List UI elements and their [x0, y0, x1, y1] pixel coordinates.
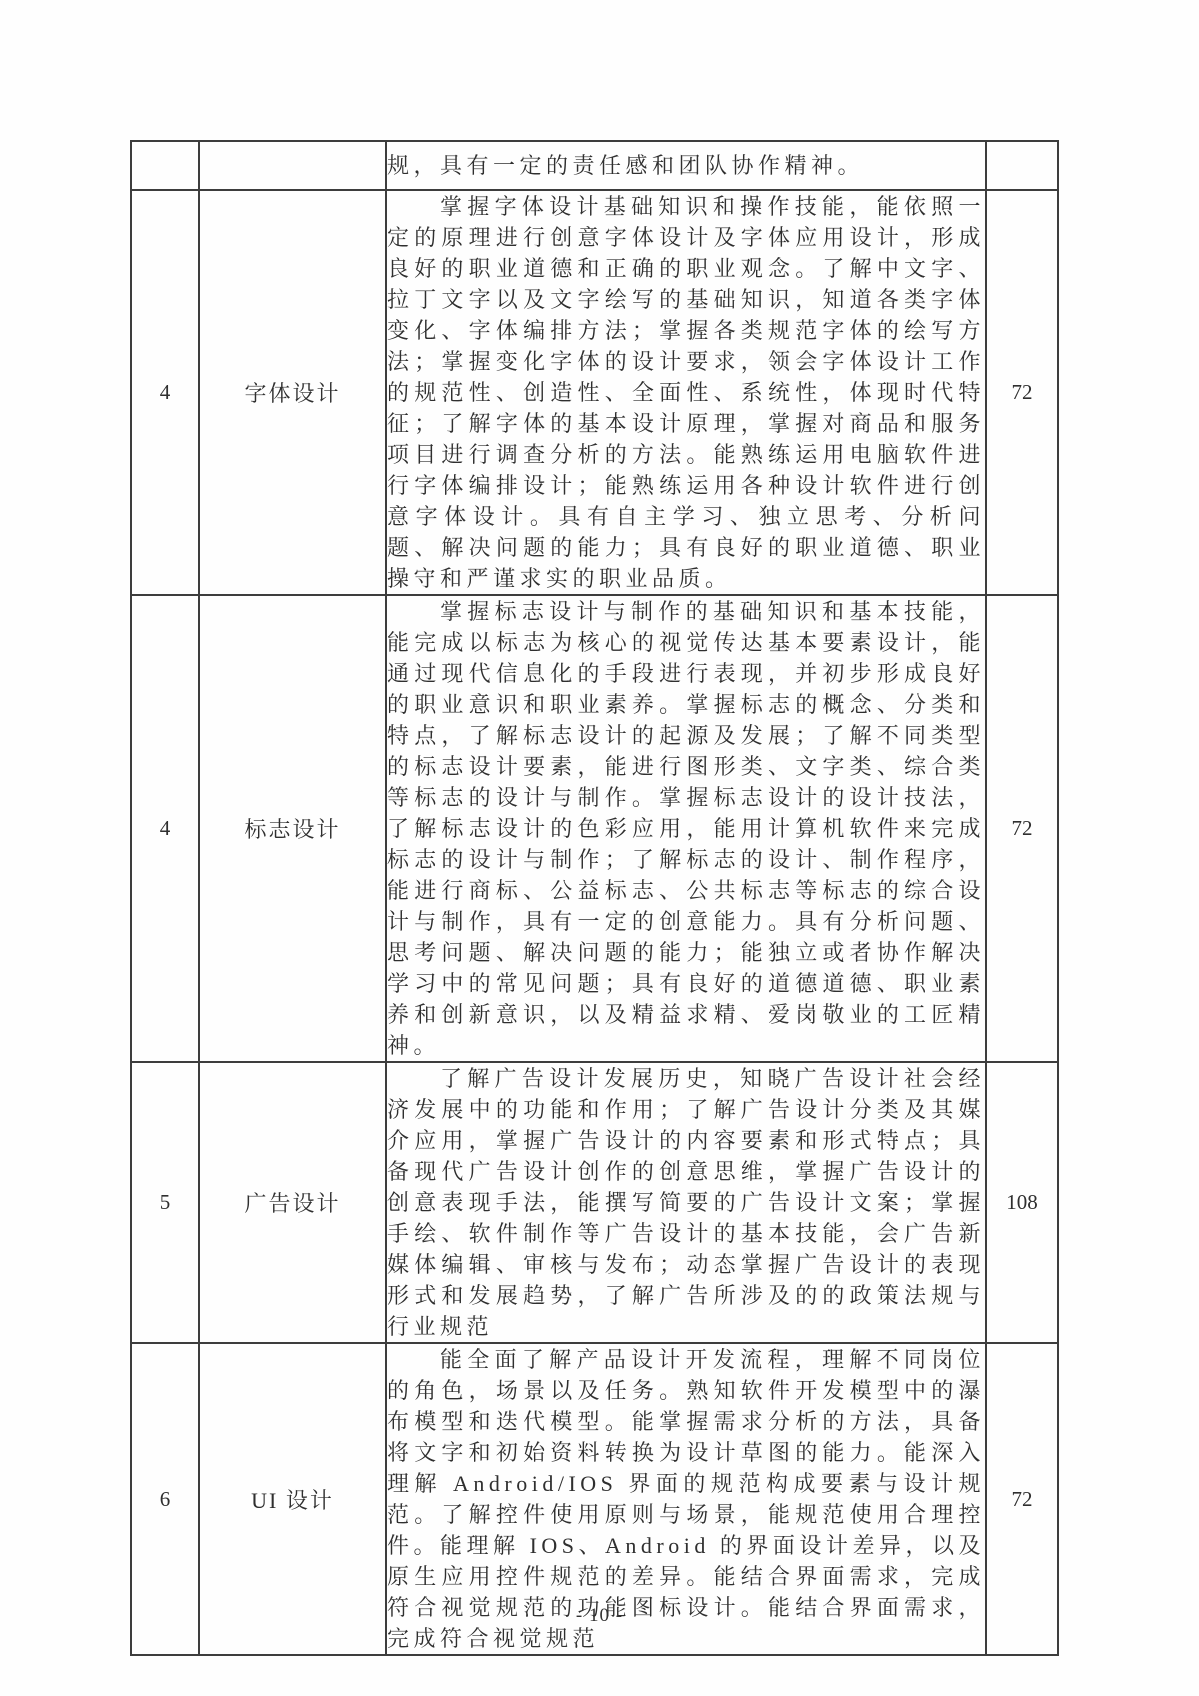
row-number-cell: 5	[131, 1062, 199, 1343]
course-name-cell: 标志设计	[199, 595, 386, 1062]
hours-cell	[986, 141, 1058, 190]
page-number: - 10 -	[0, 1605, 1199, 1627]
table-row-continuation: 规，具有一定的责任感和团队协作精神。	[131, 141, 1058, 190]
row-number-cell: 4	[131, 190, 199, 595]
hours-cell: 72	[986, 190, 1058, 595]
description-text: 了解广告设计发展历史，知晓广告设计社会经济发展中的功能和作用；了解广告设计分类及…	[387, 1063, 985, 1342]
row-number-cell	[131, 141, 199, 190]
description-cell: 掌握字体设计基础知识和操作技能，能依照一定的原理进行创意字体设计及字体应用设计，…	[386, 190, 986, 595]
table-row-font-design: 4 字体设计 掌握字体设计基础知识和操作技能，能依照一定的原理进行创意字体设计及…	[131, 190, 1058, 595]
hours-cell: 108	[986, 1062, 1058, 1343]
description-cell: 了解广告设计发展历史，知晓广告设计社会经济发展中的功能和作用；了解广告设计分类及…	[386, 1062, 986, 1343]
course-table: 规，具有一定的责任感和团队协作精神。 4 字体设计 掌握字体设计基础知识和操作技…	[130, 140, 1059, 1656]
document-page: 规，具有一定的责任感和团队协作精神。 4 字体设计 掌握字体设计基础知识和操作技…	[0, 0, 1199, 1696]
hours-cell: 72	[986, 595, 1058, 1062]
row-number-cell: 4	[131, 595, 199, 1062]
course-name-cell	[199, 141, 386, 190]
course-name-cell: 广告设计	[199, 1062, 386, 1343]
description-text: 掌握标志设计与制作的基础知识和基本技能，能完成以标志为核心的视觉传达基本要素设计…	[387, 596, 985, 1061]
course-name-cell: 字体设计	[199, 190, 386, 595]
description-text: 掌握字体设计基础知识和操作技能，能依照一定的原理进行创意字体设计及字体应用设计，…	[387, 191, 985, 594]
table-row-logo-design: 4 标志设计 掌握标志设计与制作的基础知识和基本技能，能完成以标志为核心的视觉传…	[131, 595, 1058, 1062]
table-row-ad-design: 5 广告设计 了解广告设计发展历史，知晓广告设计社会经济发展中的功能和作用；了解…	[131, 1062, 1058, 1343]
description-cell: 规，具有一定的责任感和团队协作精神。	[386, 141, 986, 190]
description-text: 规，具有一定的责任感和团队协作精神。	[387, 150, 985, 181]
description-cell: 掌握标志设计与制作的基础知识和基本技能，能完成以标志为核心的视觉传达基本要素设计…	[386, 595, 986, 1062]
